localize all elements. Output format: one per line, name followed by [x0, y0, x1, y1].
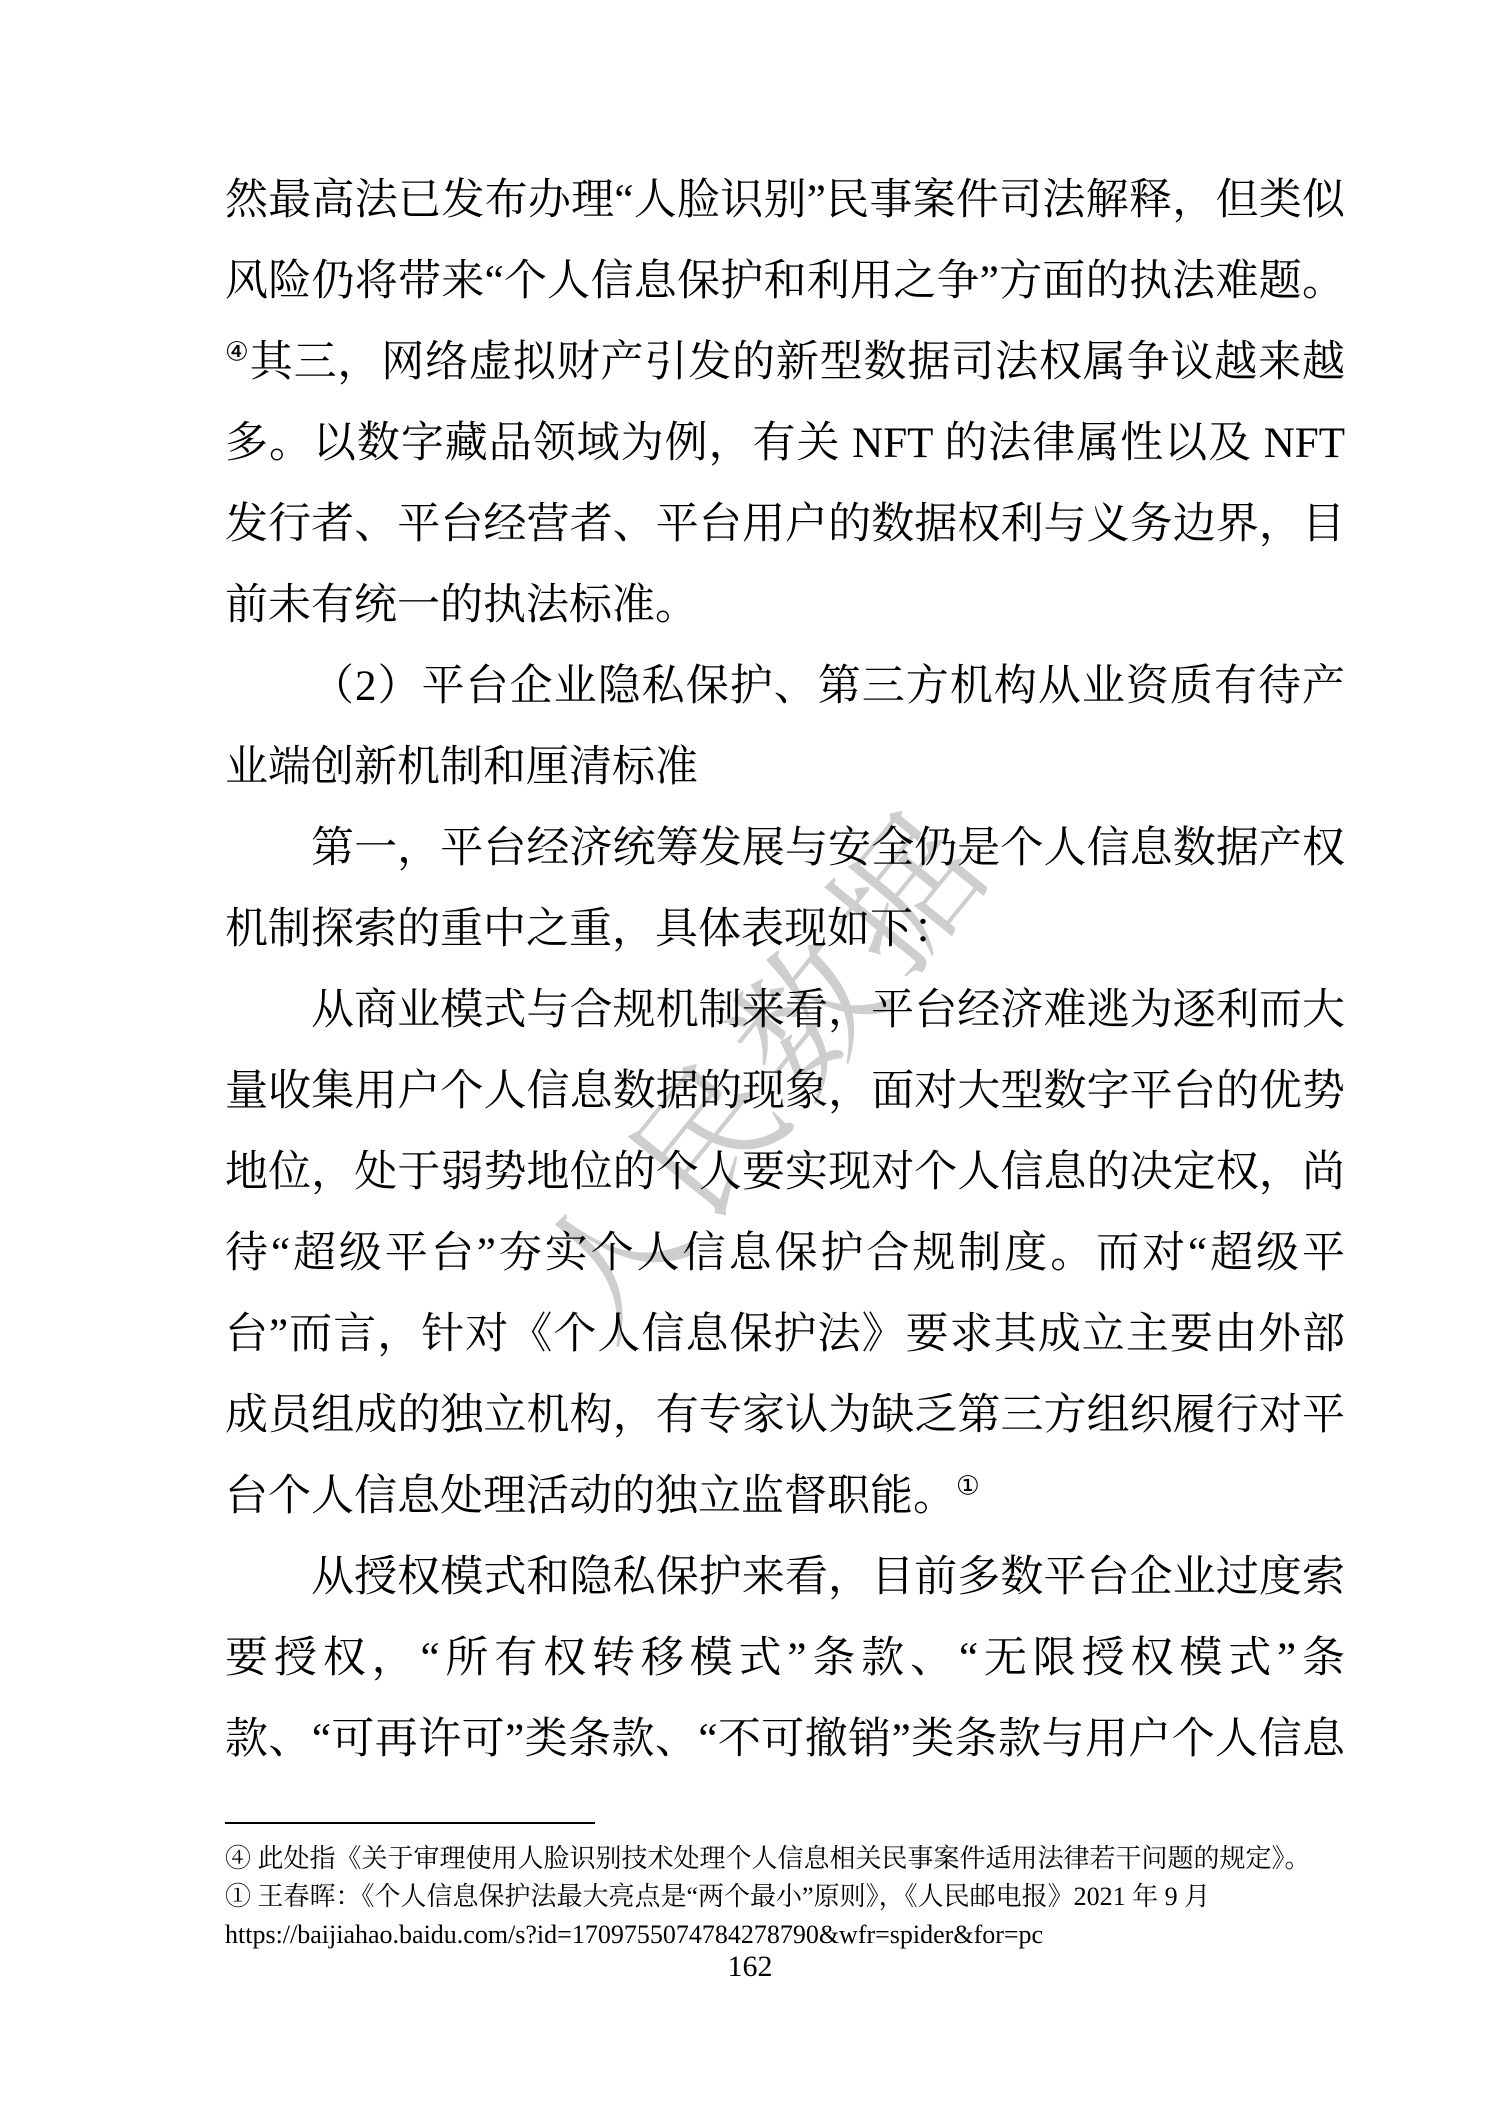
footnote-divider: [225, 1822, 595, 1824]
paragraph: 然最高法已发布办理“人脸识别”民事案件司法解释，但类似风险仍将带来“个人信息保护…: [225, 160, 1345, 646]
paragraph: 从商业模式与合规机制来看，平台经济难逃为逐利而大量收集用户个人信息数据的现象，面…: [225, 970, 1345, 1537]
paragraph: 从授权模式和隐私保护来看，目前多数平台企业过度索要授权，“所有权转移模式”条款、…: [225, 1537, 1345, 1780]
footnote-line: https://baijiahao.baidu.com/s?id=1709755…: [225, 1916, 1365, 1954]
footnote-line: ① 王春晖：《个人信息保护法最大亮点是“两个最小”原则》，《人民邮电报》2021…: [225, 1878, 1365, 1916]
document-body: 然最高法已发布办理“人脸识别”民事案件司法解释，但类似风险仍将带来“个人信息保护…: [225, 160, 1345, 1780]
page-number: 162: [0, 1950, 1500, 1984]
footnote-ref: ①: [956, 1471, 980, 1501]
paragraph: 第一，平台经济统筹发展与安全仍是个人信息数据产权机制探索的重中之重，具体表现如下…: [225, 808, 1345, 970]
footnote-ref: ④: [225, 337, 250, 367]
footnote-section: ④ 此处指《关于审理使用人脸识别技术处理个人信息相关民事案件适用法律若干问题的规…: [225, 1822, 1365, 1954]
footnote-lines: ④ 此处指《关于审理使用人脸识别技术处理个人信息相关民事案件适用法律若干问题的规…: [225, 1840, 1365, 1954]
document-page: 人民数据 然最高法已发布办理“人脸识别”民事案件司法解释，但类似风险仍将带来“个…: [0, 0, 1500, 2121]
paragraph: （2）平台企业隐私保护、第三方机构从业资质有待产业端创新机制和厘清标准: [225, 646, 1345, 808]
footnote-line: ④ 此处指《关于审理使用人脸识别技术处理个人信息相关民事案件适用法律若干问题的规…: [225, 1840, 1365, 1878]
